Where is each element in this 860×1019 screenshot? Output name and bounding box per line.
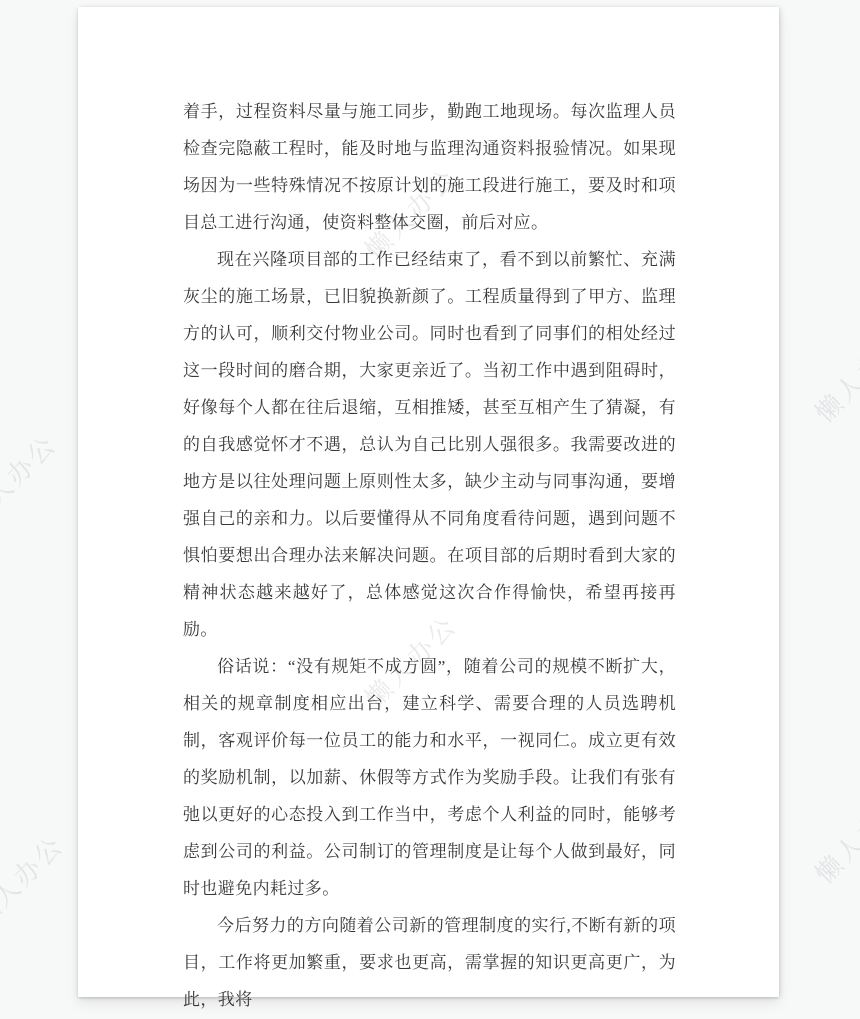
site-watermark: 懒人办公 (806, 321, 860, 429)
site-watermark: 懒人办公 (806, 782, 860, 890)
paragraph-continuation: 着手，过程资料尽量与施工同步，勤跑工地现场。每次监理人员检查完隐蔽工程时，能及时… (183, 93, 676, 241)
document-canvas: 懒人办公 懒人办公 懒人办公 懒人办公 懒人办公 懒人办公 着手，过程资料尽量与… (0, 0, 860, 1019)
paragraph-company-rules: 俗话说：“没有规矩不成方圆”，随着公司的规模不断扩大，相关的规章制度相应出台，建… (183, 648, 676, 907)
paragraph-future-direction: 今后努力的方向随着公司新的管理制度的实行,不断有新的项目，工作将更加繁重，要求也… (183, 907, 676, 1018)
site-watermark: 懒人办公 (0, 425, 64, 533)
document-page: 懒人办公 懒人办公 懒人办公 懒人办公 懒人办公 懒人办公 着手，过程资料尽量与… (78, 7, 779, 997)
page-content: 着手，过程资料尽量与施工同步，勤跑工地现场。每次监理人员检查完隐蔽工程时，能及时… (78, 7, 779, 1018)
paragraph-project-summary: 现在兴隆项目部的工作已经结束了，看不到以前繁忙、充满灰尘的施工场景，已旧貌换新颜… (183, 241, 676, 648)
site-watermark: 懒人办公 (0, 826, 71, 934)
